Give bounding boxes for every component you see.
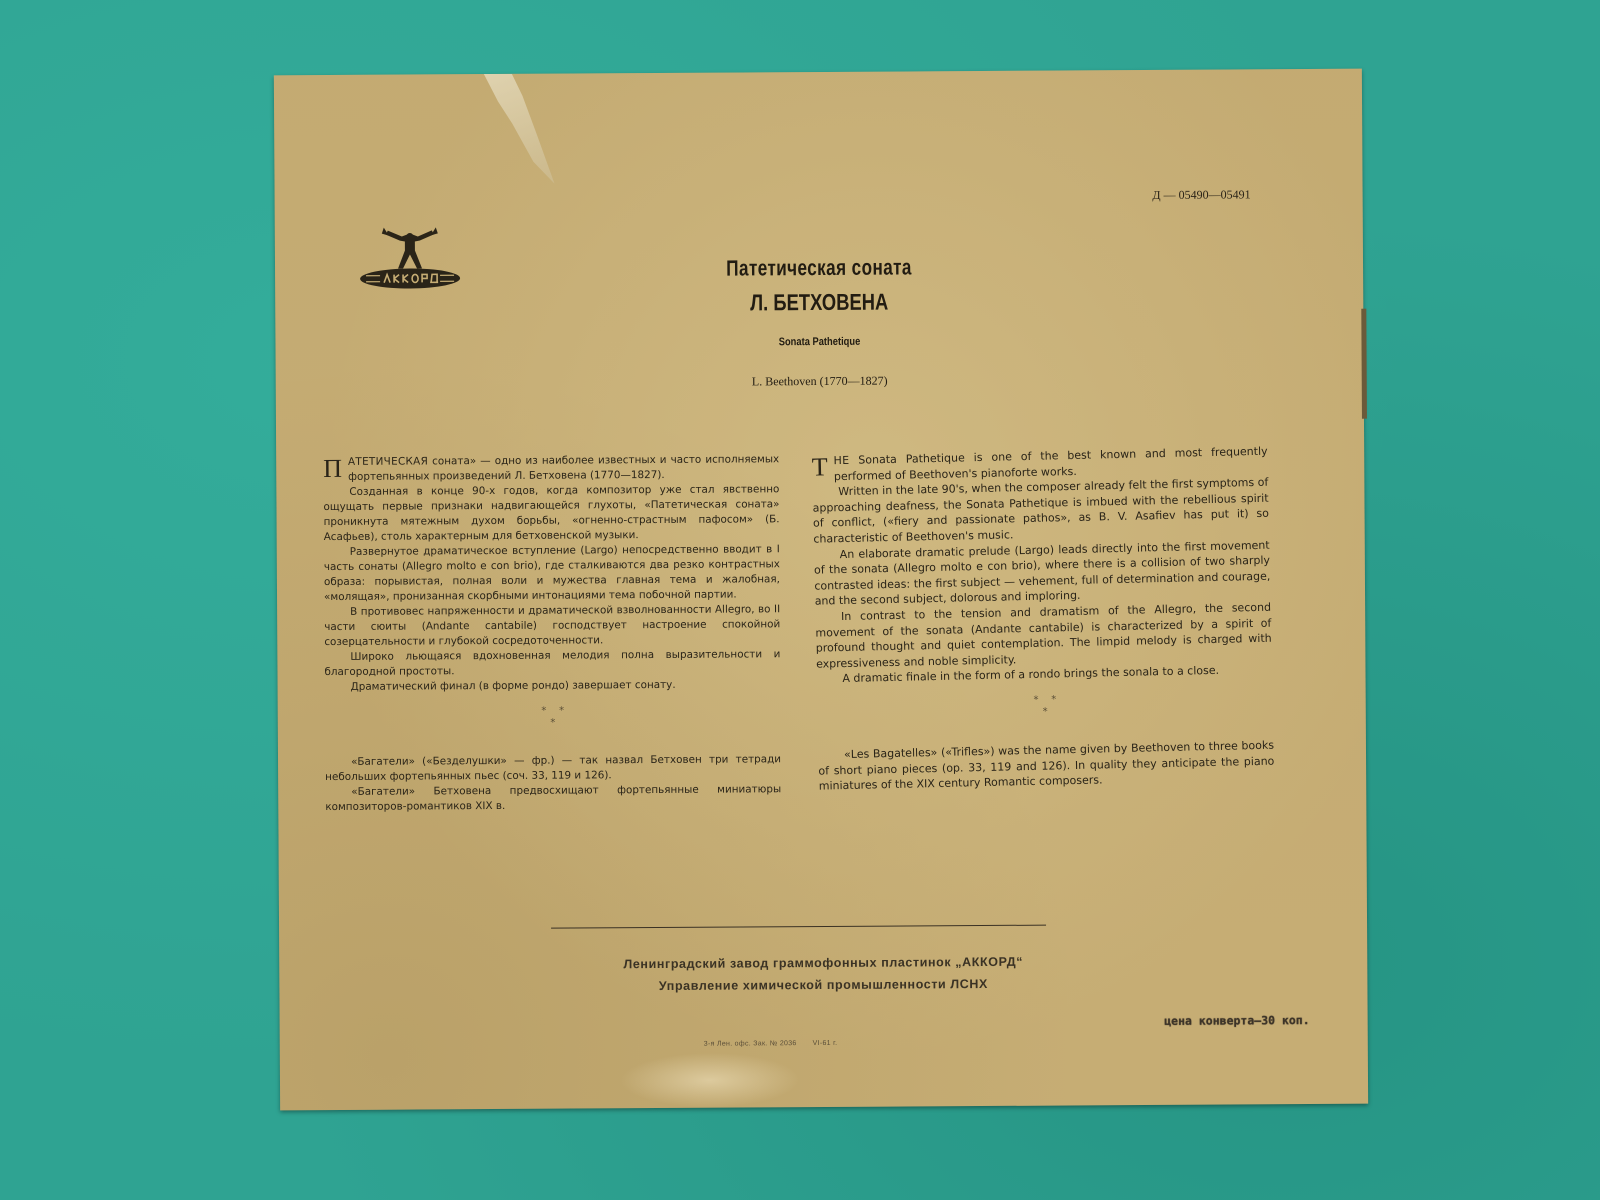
russian-notes-column: ПАТЕТИЧЕСКАЯ соната» — одно из наиболее … xyxy=(323,452,781,815)
publisher-block: Ленинградский завод граммофонных пластин… xyxy=(279,949,1367,1000)
price-stamp: цена конверта—30 коп. xyxy=(1164,1013,1309,1028)
russian-paragraph: Развернутое драматическое вступление (La… xyxy=(324,542,780,605)
english-paragraph: An elaborate dramatic prelude (Largo) le… xyxy=(814,537,1271,609)
russian-bagatelles-paragraph: «Багатели» («Безделушки» — фр.) — так на… xyxy=(325,752,781,785)
section-separator: * ** xyxy=(817,690,1273,724)
catalog-number: Д — 05490—05491 xyxy=(1152,187,1250,203)
english-notes-column: THE Sonata Pathetique is one of the best… xyxy=(812,444,1275,795)
record-sleeve-back: Д — 05490—05491 Патетическая соната Л. Б… xyxy=(274,69,1368,1111)
title-block: Патетическая соната Л. БЕТХОВЕНА Sonata … xyxy=(275,249,1364,393)
divider-rule xyxy=(551,925,1046,929)
print-date: VI-61 г. xyxy=(813,1040,838,1047)
print-info: 3-я Лен. офс. Зак. № 2036VI-61 г. xyxy=(704,1040,838,1048)
english-bagatelles-paragraph: «Les Bagatelles» («Trifles») was the nam… xyxy=(818,738,1275,795)
russian-lead-paragraph: ПАТЕТИЧЕСКАЯ соната» — одно из наиболее … xyxy=(323,452,779,485)
paper-tear xyxy=(484,74,555,184)
russian-paragraph: Созданная в конце 90-х годов, когда комп… xyxy=(323,482,779,545)
print-order: 3-я Лен. офс. Зак. № 2036 xyxy=(704,1040,797,1048)
russian-paragraph: Широко льющаяся вдохновенная мелодия пол… xyxy=(324,647,780,680)
title-russian: Патетическая соната xyxy=(395,249,1244,286)
english-paragraph: Written in the late 90's, when the compo… xyxy=(812,475,1269,547)
composer-english: L. Beethoven (1770—1827) xyxy=(276,371,1364,393)
light-glare xyxy=(620,1052,800,1108)
english-paragraph: In contrast to the tension and dramatism… xyxy=(815,600,1272,672)
title-english: Sonata Pathetique xyxy=(357,333,1282,351)
dropcap: T xyxy=(812,455,828,479)
russian-paragraph: В противовес напряженности и драматическ… xyxy=(324,602,780,650)
russian-bagatelles-paragraph: «Багатели» Бетховена предвосхищают форте… xyxy=(325,782,781,815)
composer-russian: Л. БЕТХОВЕНА xyxy=(384,281,1255,322)
section-separator: * ** xyxy=(325,704,781,731)
dropcap: П xyxy=(323,457,342,481)
russian-paragraph: Драматический финал (в форме рондо) заве… xyxy=(325,677,781,695)
